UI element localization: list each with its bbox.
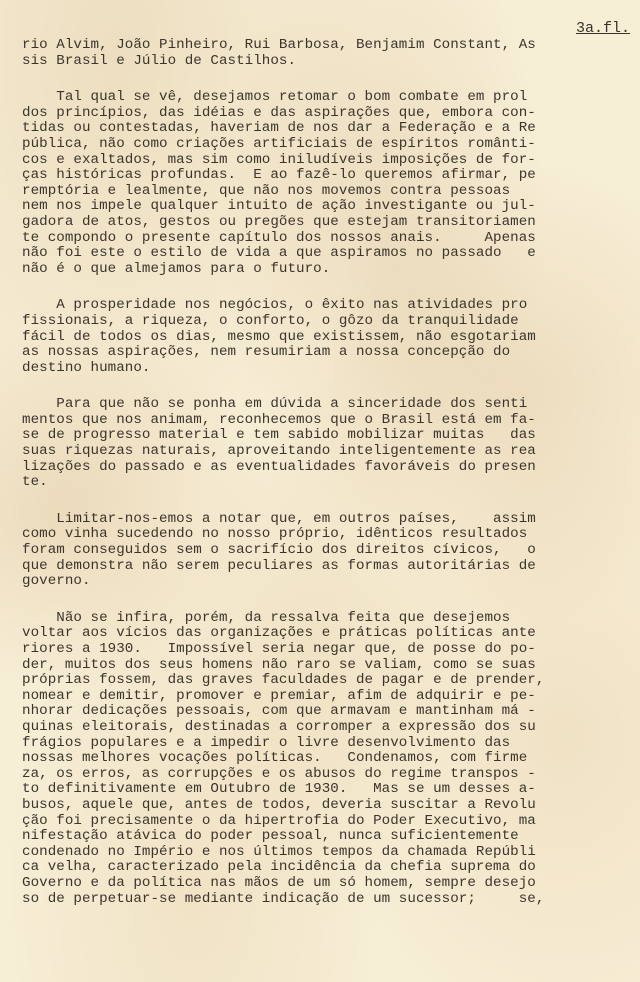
text-line: pública, não como criações artificiais d… xyxy=(22,137,632,153)
text-line: Para que não se ponha em dúvida a sincer… xyxy=(22,397,632,413)
text-line: der, muitos dos seus homens não raro se … xyxy=(22,658,632,674)
text-line: nossas melhores vocações políticas. Cond… xyxy=(22,751,632,767)
text-line: ca velha, caracterizado pela incidência … xyxy=(22,860,632,876)
text-line: tidas ou contestadas, haveriam de nos da… xyxy=(22,121,632,137)
text-line: cos e exaltados, mas sim como iniludívei… xyxy=(22,153,632,169)
text-line: lizações do passado e as eventualidades … xyxy=(22,460,632,476)
text-line: Limitar-nos-emos a notar que, em outros … xyxy=(22,512,632,528)
text-line: fissionais, a riqueza, o conforto, o gôz… xyxy=(22,314,632,330)
text-line: Tal qual se vê, desejamos retomar o bom … xyxy=(22,90,632,106)
text-line: foram conseguidos sem o sacrifício dos d… xyxy=(22,543,632,559)
text-line: te. xyxy=(22,475,632,491)
text-line: quinas eleitorais, destinadas a corrompe… xyxy=(22,720,632,736)
paragraph: Para que não se ponha em dúvida a sincer… xyxy=(22,397,632,491)
text-line: dos princípios, das idéias e das aspiraç… xyxy=(22,106,632,122)
paragraph-gap xyxy=(22,69,632,90)
text-line: za, os erros, as corrupções e os abusos … xyxy=(22,767,632,783)
text-line: próprias fossem, das graves faculdades d… xyxy=(22,673,632,689)
document-body: rio Alvim, João Pinheiro, Rui Barbosa, B… xyxy=(22,38,632,907)
text-line: A prosperidade nos negócios, o êxito nas… xyxy=(22,298,632,314)
text-line: que demonstra não serem peculiares as fo… xyxy=(22,559,632,575)
text-line: Governo e da política nas mãos de um só … xyxy=(22,876,632,892)
text-line: como vinha sucedendo no nosso próprio, i… xyxy=(22,527,632,543)
text-line: destino humano. xyxy=(22,361,632,377)
text-line: as nossas aspirações, nem resumiriam a n… xyxy=(22,345,632,361)
paragraph: Limitar-nos-emos a notar que, em outros … xyxy=(22,512,632,590)
text-line: nifestação atávica do poder pessoal, nun… xyxy=(22,829,632,845)
text-line: fácil de todos os dias, mesmo que existi… xyxy=(22,330,632,346)
text-line: sis Brasil e Júlio de Castilhos. xyxy=(22,54,632,70)
text-line: ção foi precisamente o da hipertrofia do… xyxy=(22,814,632,830)
text-line: so de perpetuar-se mediante indicação de… xyxy=(22,892,632,908)
text-line: ças históricas profundas. E ao fazê-lo q… xyxy=(22,168,632,184)
text-line: nem nos impele qualquer intuito de ação … xyxy=(22,199,632,215)
paragraph-gap xyxy=(22,491,632,512)
text-line: condenado no Império e nos últimos tempo… xyxy=(22,845,632,861)
typewritten-page: 3a.fl. rio Alvim, João Pinheiro, Rui Bar… xyxy=(0,0,640,982)
text-line: se de progresso material e tem sabido mo… xyxy=(22,428,632,444)
paragraph: A prosperidade nos negócios, o êxito nas… xyxy=(22,298,632,376)
text-line: mentos que nos animam, reconhecemos que … xyxy=(22,413,632,429)
page-folio-number: 3a.fl. xyxy=(576,20,630,37)
text-line: busos, aquele que, antes de todos, dever… xyxy=(22,798,632,814)
text-line: frágios populares e a impedir o livre de… xyxy=(22,736,632,752)
text-line: suas riquezas naturais, aproveitando int… xyxy=(22,444,632,460)
paragraph-gap xyxy=(22,277,632,298)
text-line: riores a 1930. Impossível seria negar qu… xyxy=(22,642,632,658)
text-line: nomear e demitir, promover e premiar, af… xyxy=(22,689,632,705)
text-line: to definitivamente em Outubro de 1930. M… xyxy=(22,782,632,798)
text-line: remptória e lealmente, que não nos movem… xyxy=(22,184,632,200)
text-line: te compondo o presente capítulo dos noss… xyxy=(22,231,632,247)
text-line: governo. xyxy=(22,574,632,590)
text-line: rio Alvim, João Pinheiro, Rui Barbosa, B… xyxy=(22,38,632,54)
text-line: não é o que almejamos para o futuro. xyxy=(22,262,632,278)
text-line: nhorar dedicações pessoais, com que arma… xyxy=(22,704,632,720)
text-line: não foi este o estilo de vida a que aspi… xyxy=(22,246,632,262)
paragraph: rio Alvim, João Pinheiro, Rui Barbosa, B… xyxy=(22,38,632,69)
text-line: Não se infira, porém, da ressalva feita … xyxy=(22,611,632,627)
paragraph: Tal qual se vê, desejamos retomar o bom … xyxy=(22,90,632,277)
text-line: gadora de atos, gestos ou pregões que es… xyxy=(22,215,632,231)
paragraph-gap xyxy=(22,376,632,397)
paragraph-gap xyxy=(22,590,632,611)
paragraph: Não se infira, porém, da ressalva feita … xyxy=(22,611,632,907)
text-line: voltar aos vícios das organizações e prá… xyxy=(22,626,632,642)
